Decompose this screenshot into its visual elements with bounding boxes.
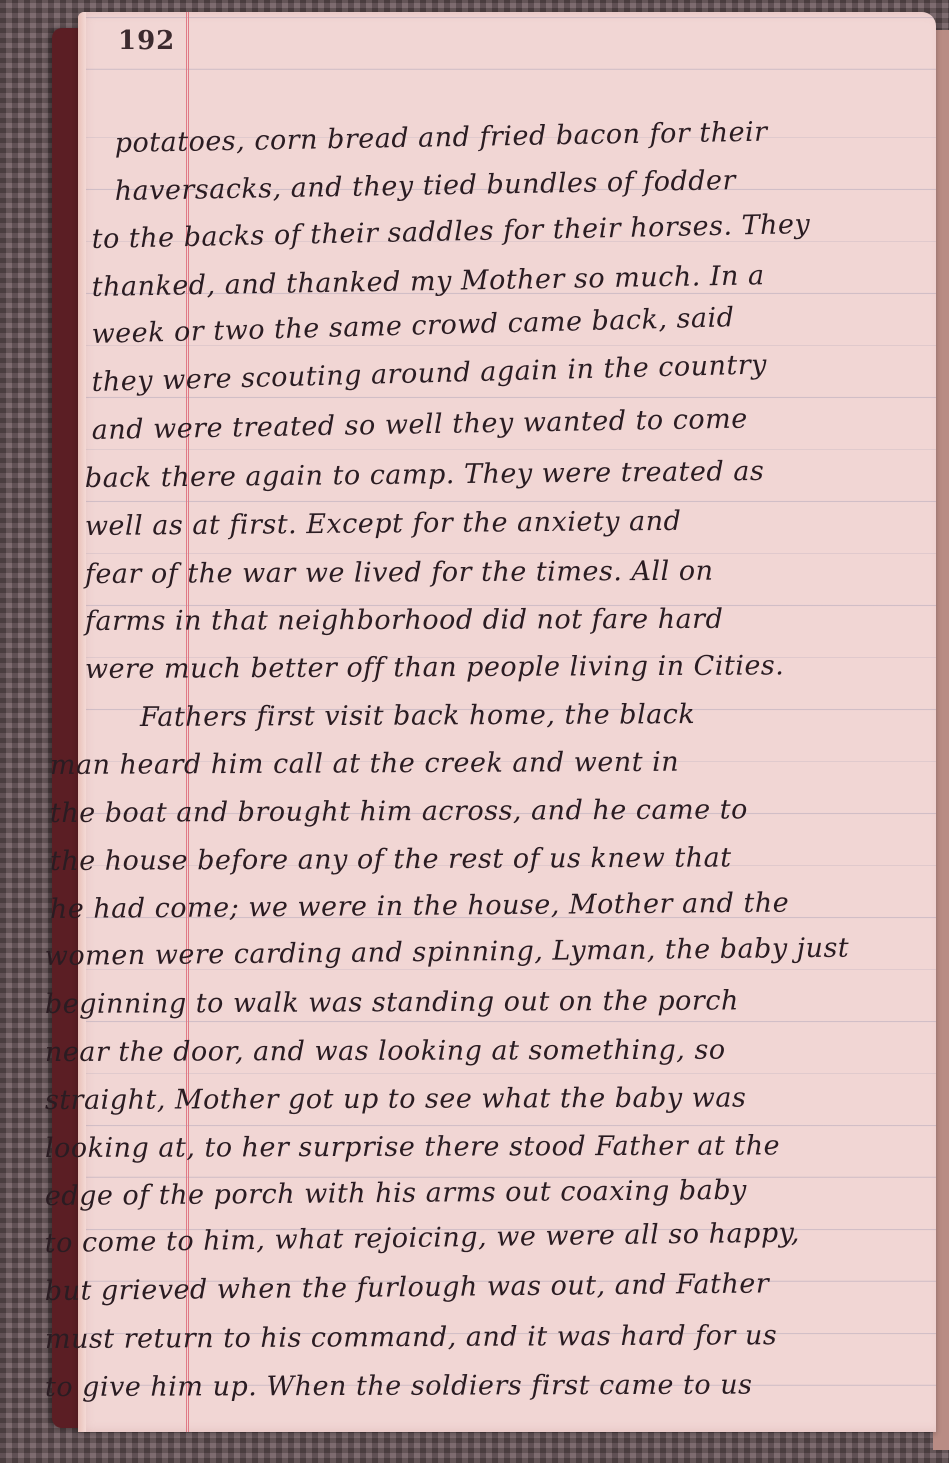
text-line: to the backs of their saddles for their … — [91, 209, 810, 255]
text-line: farms in that neighborhood did not fare … — [85, 604, 724, 637]
text-line: edge of the porch with his arms out coax… — [45, 1175, 747, 1212]
text-line: and were treated so well they wanted to … — [91, 404, 748, 446]
text-line: week or two the same crowd came back, sa… — [91, 302, 735, 350]
text-line: were much better off than people living … — [85, 650, 785, 685]
text-line: the house before any of the rest of us k… — [50, 842, 732, 877]
text-line: Fathers first visit back home, the black — [140, 699, 695, 733]
text-line: fear of the war we lived for the times. … — [85, 556, 714, 590]
text-line: he had come; we were in the house, Mothe… — [50, 888, 790, 925]
text-line: near the door, and was looking at someth… — [45, 1035, 726, 1068]
text-line: straight, Mother got up to see what the … — [45, 1083, 746, 1116]
text-line: haversacks, and they tied bundles of fod… — [114, 165, 736, 207]
text-line: thanked, and thanked my Mother so much. … — [91, 260, 764, 303]
text-line: they were scouting around again in the c… — [91, 349, 767, 398]
text-line: looking at, to her surprise there stood … — [45, 1130, 780, 1164]
text-line: but grieved when the furlough was out, a… — [45, 1268, 770, 1307]
text-line: women were carding and spinning, Lyman, … — [45, 933, 850, 972]
text-line: back there again to camp. They were trea… — [85, 456, 765, 494]
handwritten-text-body: potatoes, corn bread and fried bacon for… — [0, 0, 949, 1463]
text-line: well as at first. Except for the anxiety… — [85, 506, 682, 542]
text-line: beginning to walk was standing out on th… — [45, 985, 739, 1020]
text-line: the boat and brought him across, and he … — [50, 794, 748, 829]
text-line: to come to him, what rejoicing, we were … — [45, 1217, 801, 1259]
text-line: man heard him call at the creek and went… — [50, 747, 679, 781]
text-line: potatoes, corn bread and fried bacon for… — [114, 117, 767, 159]
text-line: to give him up. When the soldiers first … — [45, 1370, 753, 1403]
text-line: must return to his command, and it was h… — [45, 1320, 777, 1355]
